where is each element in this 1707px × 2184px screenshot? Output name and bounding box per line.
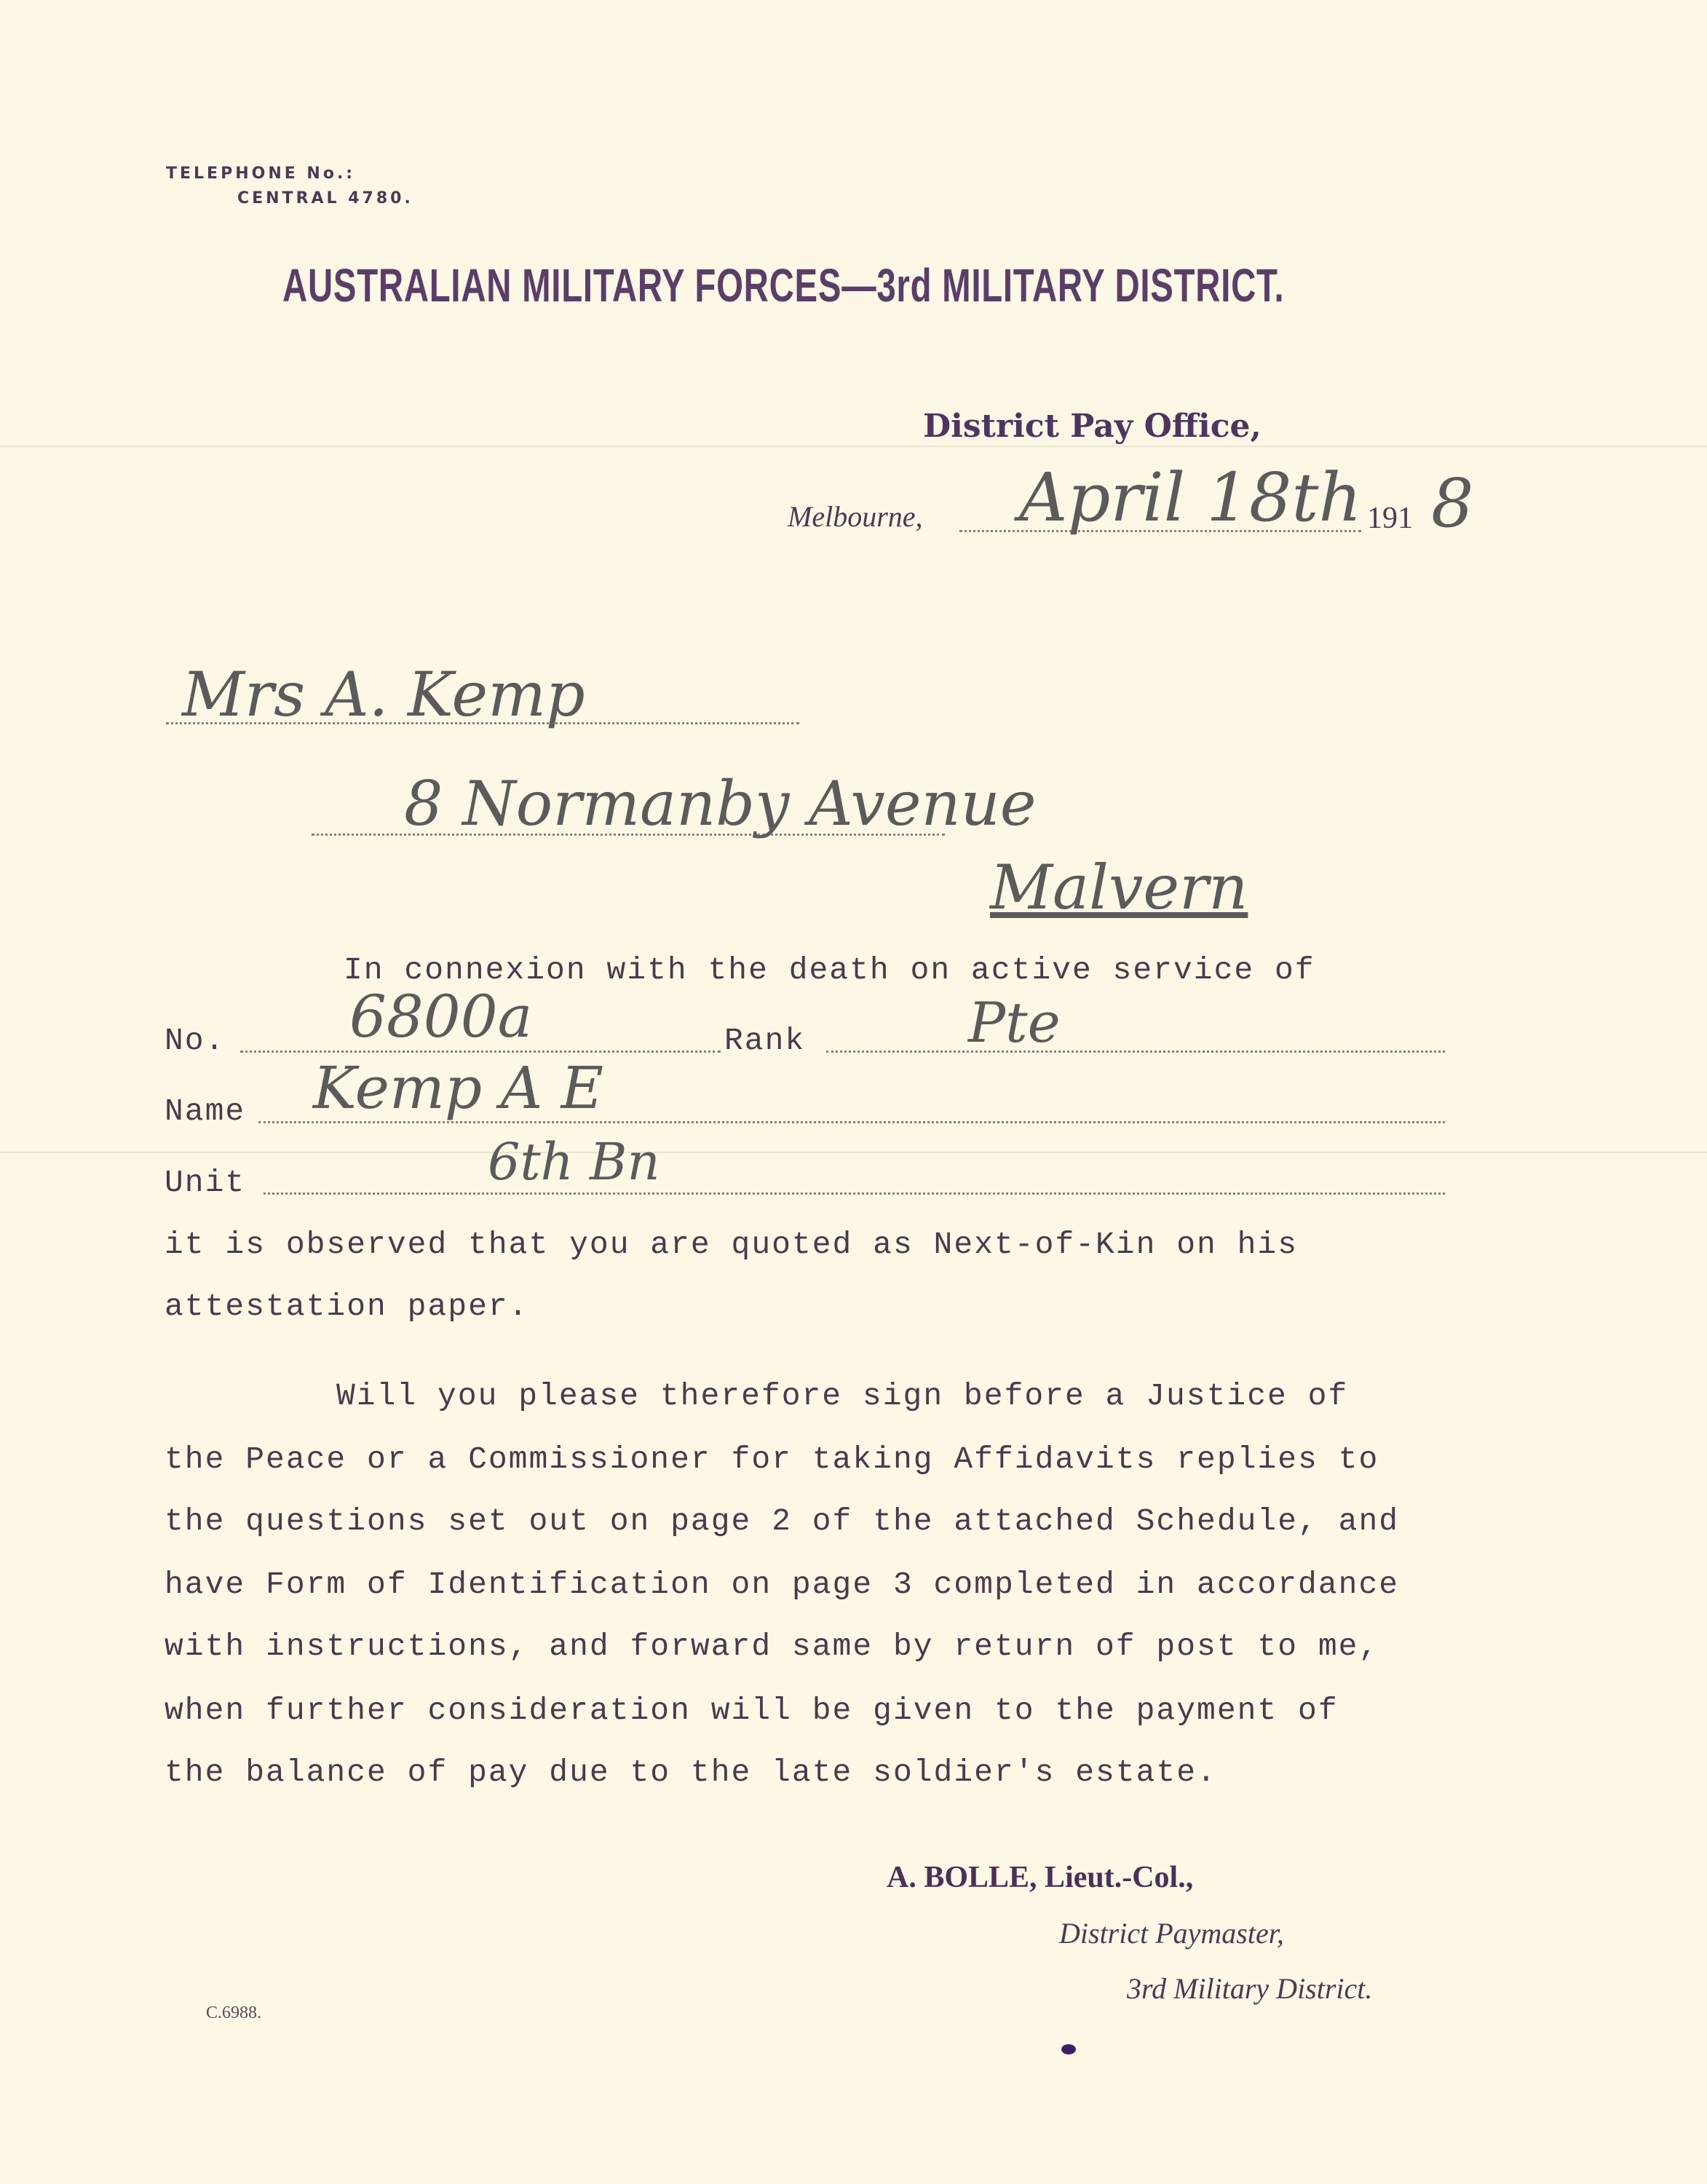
rank-line: [826, 1051, 1445, 1053]
form-code: C.6988.: [206, 2003, 261, 2023]
body-line: with instructions, and forward same by r…: [165, 1629, 1379, 1664]
no-label: No.: [165, 1023, 225, 1059]
body-line: it is observed that you are quoted as Ne…: [165, 1227, 1298, 1262]
addressee-street: 8 Normanby Avenue: [404, 768, 1036, 839]
letterhead-title: AUSTRALIAN MILITARY FORCES—3rd MILITARY …: [282, 258, 1284, 312]
rank-value: Pte: [968, 990, 1061, 1055]
name-value: Kemp A E: [313, 1054, 603, 1122]
name-label: Name: [165, 1093, 245, 1129]
year-handwritten: 8: [1431, 464, 1474, 542]
body-line: Will you please therefore sign before a …: [336, 1378, 1348, 1414]
body-line: the Peace or a Commissioner for taking A…: [165, 1441, 1379, 1477]
rank-label: Rank: [724, 1023, 805, 1059]
unit-value: 6th Bn: [488, 1132, 660, 1192]
telephone-number: CENTRAL 4780.: [237, 189, 413, 207]
unit-line: [264, 1192, 1445, 1195]
year-printed: 191: [1367, 501, 1413, 536]
telephone-label: TELEPHONE No.:: [166, 165, 355, 183]
city-label: Melbourne,: [788, 499, 923, 534]
body-line: when further consideration will be given…: [165, 1693, 1339, 1728]
unit-label: Unit: [165, 1165, 245, 1200]
office-name: District Pay Office,: [923, 408, 1262, 445]
body-line: have Form of Identification on page 3 co…: [165, 1567, 1399, 1602]
ink-blot: [1061, 2044, 1076, 2054]
no-value: 6800a: [349, 983, 532, 1051]
body-line: attestation paper.: [165, 1289, 528, 1324]
date-handwritten: April 18th: [1019, 459, 1362, 537]
paper-fold-line: [0, 446, 1707, 447]
addressee-suburb: Malvern: [990, 852, 1248, 923]
no-line: [240, 1051, 721, 1053]
body-line: the questions set out on page 2 of the a…: [165, 1503, 1399, 1539]
body-line: the balance of pay due to the late soldi…: [165, 1754, 1217, 1790]
signatory-district: 3rd Military District.: [1127, 1971, 1372, 2006]
signatory-name: A. BOLLE, Lieut.-Col.,: [887, 1860, 1193, 1895]
paper-fold-line: [0, 1152, 1707, 1153]
addressee-name: Mrs A. Kemp: [182, 659, 585, 730]
signatory-title: District Paymaster,: [1059, 1916, 1284, 1950]
